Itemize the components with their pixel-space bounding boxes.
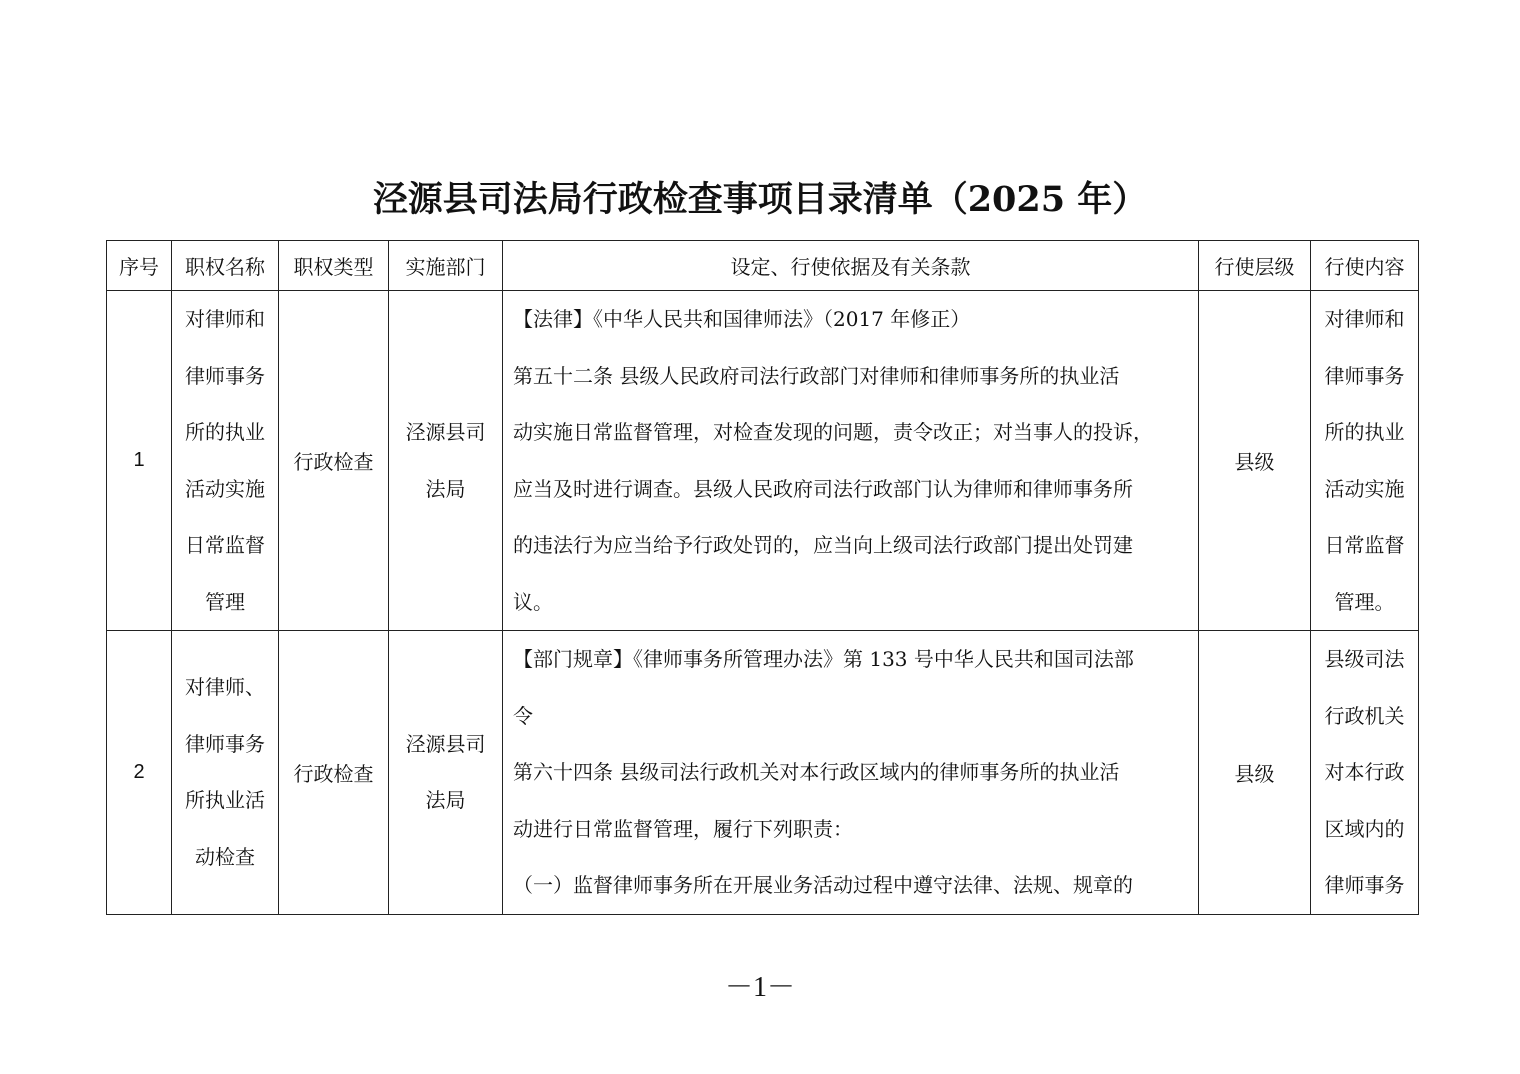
row-power-name: 对律师、 律师事务 所执业活 动检查	[172, 631, 279, 915]
text-line: 应当及时进行调查。县级人民政府司法行政部门认为律师和律师事务所	[513, 461, 1188, 518]
text-line: 法局	[389, 461, 502, 518]
text-line: 对本行政	[1311, 744, 1418, 801]
row-power-type: 行政检查	[279, 291, 389, 631]
text-line: 律师事务	[1311, 857, 1418, 914]
row-power-name: 对律师和 律师事务 所的执业 活动实施 日常监督 管理	[172, 291, 279, 631]
text-line: 律师事务	[172, 348, 278, 405]
page-title: 泾源县司法局行政检查事项目录清单（2025 年）	[0, 172, 1520, 228]
text-line: （一）监督律师事务所在开展业务活动过程中遵守法律、法规、规章的	[513, 857, 1188, 914]
text-line: 所的执业	[1311, 404, 1418, 461]
text-line: 律师事务	[172, 716, 278, 773]
page-number: －1－	[0, 968, 1520, 1008]
header-content: 行使内容	[1311, 241, 1419, 291]
text-line: 动检查	[172, 829, 278, 886]
text-line: 法局	[389, 772, 502, 829]
header-seq: 序号	[107, 241, 172, 291]
text-line: 第五十二条 县级人民政府司法行政部门对律师和律师事务所的执业活	[513, 348, 1188, 405]
header-power-name: 职权名称	[172, 241, 279, 291]
text-line: 的违法行为应当给予行政处罚的，应当向上级司法行政部门提出处罚建	[513, 517, 1188, 574]
row-content: 对律师和 律师事务 所的执业 活动实施 日常监督 管理。	[1311, 291, 1419, 631]
text-line: 所的执业	[172, 404, 278, 461]
row-legal-basis: 【法律】《中华人民共和国律师法》（2017 年修正） 第五十二条 县级人民政府司…	[503, 291, 1199, 631]
text-line: 活动实施	[1311, 461, 1418, 518]
header-level: 行使层级	[1199, 241, 1311, 291]
text-line: 泾源县司	[389, 404, 502, 461]
header-department: 实施部门	[389, 241, 503, 291]
text-line: 令	[513, 688, 1188, 745]
row-department: 泾源县司 法局	[389, 291, 503, 631]
text-line: 行政机关	[1311, 688, 1418, 745]
row-legal-basis: 【部门规章】《律师事务所管理办法》第 133 号中华人民共和国司法部 令 第六十…	[503, 631, 1199, 915]
text-line: 所执业活	[172, 772, 278, 829]
text-line: 动实施日常监督管理，对检查发现的问题，责令改正；对当事人的投诉，	[513, 404, 1188, 461]
text-line: 县级司法	[1311, 631, 1418, 688]
header-power-type: 职权类型	[279, 241, 389, 291]
text-line: 活动实施	[172, 461, 278, 518]
text-line: 律师事务	[1311, 348, 1418, 405]
text-line: 日常监督	[1311, 517, 1418, 574]
table-row: 1 对律师和 律师事务 所的执业 活动实施 日常监督 管理 行政检查 泾源县司 …	[107, 291, 1419, 631]
row-department: 泾源县司 法局	[389, 631, 503, 915]
text-line: 泾源县司	[389, 716, 502, 773]
row-seq: 2	[107, 631, 172, 915]
text-line: 管理	[172, 574, 278, 631]
text-line: 动进行日常监督管理，履行下列职责：	[513, 801, 1188, 858]
text-line: 第六十四条 县级司法行政机关对本行政区域内的律师事务所的执业活	[513, 744, 1188, 801]
text-line: 【部门规章】《律师事务所管理办法》第 133 号中华人民共和国司法部	[513, 631, 1188, 688]
text-line: 区域内的	[1311, 801, 1418, 858]
text-line: 议。	[513, 574, 1188, 631]
header-legal-basis: 设定、行使依据及有关条款	[503, 241, 1199, 291]
text-line: 管理。	[1311, 574, 1418, 631]
text-line: 【法律】《中华人民共和国律师法》（2017 年修正）	[513, 291, 1188, 348]
table-row: 2 对律师、 律师事务 所执业活 动检查 行政检查 泾源县司 法局 【部门规章】…	[107, 631, 1419, 915]
text-line: 对律师和	[1311, 291, 1418, 348]
row-seq: 1	[107, 291, 172, 631]
row-power-type: 行政检查	[279, 631, 389, 915]
row-content: 县级司法 行政机关 对本行政 区域内的 律师事务	[1311, 631, 1419, 915]
text-line: 对律师和	[172, 291, 278, 348]
row-level: 县级	[1199, 631, 1311, 915]
text-line: 对律师、	[172, 659, 278, 716]
text-line: 日常监督	[172, 517, 278, 574]
inspection-items-table: 序号 职权名称 职权类型 实施部门 设定、行使依据及有关条款 行使层级 行使内容…	[106, 240, 1419, 915]
table-header-row: 序号 职权名称 职权类型 实施部门 设定、行使依据及有关条款 行使层级 行使内容	[107, 241, 1419, 291]
row-level: 县级	[1199, 291, 1311, 631]
